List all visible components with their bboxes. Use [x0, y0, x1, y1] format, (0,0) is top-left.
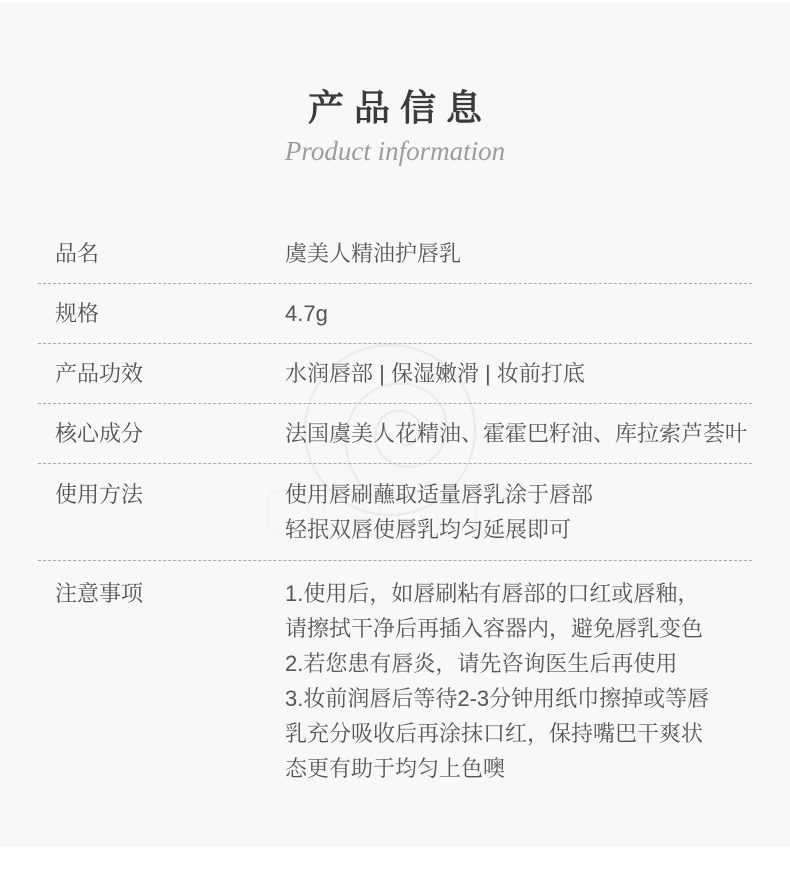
value-line: 4.7g [285, 296, 760, 331]
table-row-product-name: 品名 虞美人精油护唇乳 [0, 224, 790, 283]
value-line: 使用唇刷蘸取适量唇乳涂于唇部 [285, 477, 760, 512]
table-row-ingredients: 核心成分 法国虞美人花精油、霍霍巴籽油、库拉索芦荟叶 [0, 404, 790, 463]
row-value: 使用唇刷蘸取适量唇乳涂于唇部 轻抿双唇使唇乳均匀延展即可 [285, 477, 790, 547]
value-line: 水润唇部 | 保湿嫩滑 | 妆前打底 [285, 356, 760, 391]
bottom-edge-strip [0, 847, 790, 869]
row-label: 注意事项 [0, 576, 285, 611]
row-label: 核心成分 [0, 416, 285, 451]
row-value: 4.7g [285, 296, 790, 331]
value-line: 轻抿双唇使唇乳均匀延展即可 [285, 512, 760, 547]
table-row-precautions: 注意事项 1.使用后，如唇刷粘有唇部的口红或唇釉， 请擦拭干净后再插入容器内，避… [0, 561, 790, 786]
row-value: 水润唇部 | 保湿嫩滑 | 妆前打底 [285, 356, 790, 391]
row-value: 虞美人精油护唇乳 [285, 236, 790, 271]
row-label: 产品功效 [0, 356, 285, 391]
row-value: 法国虞美人花精油、霍霍巴籽油、库拉索芦荟叶 [285, 416, 790, 451]
product-info-table: 品名 虞美人精油护唇乳 规格 4.7g 产品功效 水润唇部 | 保湿嫩滑 | 妆… [0, 224, 790, 786]
page-title: 产品信息 [0, 88, 790, 128]
value-line: 虞美人精油护唇乳 [285, 236, 760, 271]
product-info-page: 产品信息 Product information 品名 虞美人精油护唇乳 规格 … [0, 0, 790, 869]
value-line: 法国虞美人花精油、霍霍巴籽油、库拉索芦荟叶 [285, 416, 760, 451]
table-row-efficacy: 产品功效 水润唇部 | 保湿嫩滑 | 妆前打底 [0, 344, 790, 403]
row-value: 1.使用后，如唇刷粘有唇部的口红或唇釉， 请擦拭干净后再插入容器内，避免唇乳变色… [285, 576, 790, 786]
row-label: 使用方法 [0, 477, 285, 512]
table-row-usage: 使用方法 使用唇刷蘸取适量唇乳涂于唇部 轻抿双唇使唇乳均匀延展即可 [0, 464, 790, 560]
value-line: 态更有助于均匀上色噢 [285, 751, 760, 786]
value-line: 1.使用后，如唇刷粘有唇部的口红或唇釉， [285, 576, 760, 611]
page-subtitle: Product information [0, 137, 790, 167]
value-line: 乳充分吸收后再涂抹口红，保持嘴巴干爽状 [285, 716, 760, 751]
row-label: 规格 [0, 296, 285, 331]
value-line: 2.若您患有唇炎，请先咨询医生后再使用 [285, 646, 760, 681]
value-line: 3.妆前润唇后等待2-3分钟用纸巾擦掉或等唇 [285, 681, 760, 716]
row-label: 品名 [0, 236, 285, 271]
table-row-specification: 规格 4.7g [0, 284, 790, 343]
page-header: 产品信息 Product information [0, 0, 790, 166]
value-line: 请擦拭干净后再插入容器内，避免唇乳变色 [285, 611, 760, 646]
